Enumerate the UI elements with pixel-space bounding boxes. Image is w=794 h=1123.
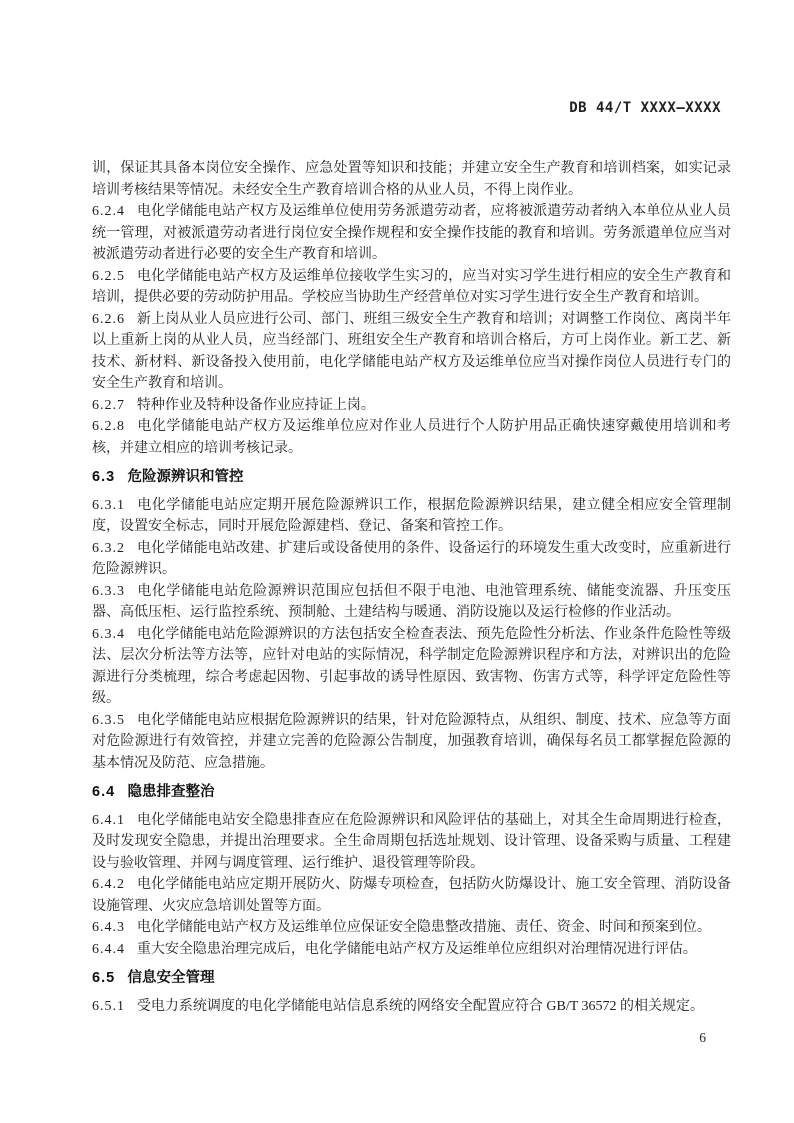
clause-text: 训，保证其具备本岗位安全操作、应急处置等知识和技能；并建立安全生产教育和培训档案… [92,161,731,198]
clause-number: 6.4.1 [92,810,125,832]
clause-text: 特种作业及特种设备作业应持证上岗。 [137,398,375,413]
clause-paragraph: 6.2.7特种作业及特种设备作业应持证上岗。 [92,395,731,417]
clause-number: 6.3.3 [92,581,125,603]
clause-number: 6.2.6 [92,309,125,331]
clause-number: 6.4.3 [92,917,125,939]
section-heading: 6.5信息安全管理 [92,968,731,990]
clause-text: 危险源辨识和管控 [127,469,243,485]
clause-paragraph: 6.3.5电化学储能电站应根据危险源辨识的结果，针对危险源特点，从组织、制度、技… [92,710,731,775]
clause-number: 6.2.4 [92,201,125,223]
clause-text: 电化学储能电站改建、扩建后或设备使用的条件、设备运行的环境发生重大改变时，应重新… [92,541,731,578]
page-number: 6 [699,1030,706,1046]
clause-number: 6.3 [92,467,115,489]
clause-text: 信息安全管理 [127,970,214,986]
clause-paragraph: 6.4.1电化学储能电站安全隐患排查应在危险源辨识和风险评估的基础上，对其全生命… [92,810,731,875]
clause-number: 6.3.4 [92,624,125,646]
document-page: DB 44/T XXXX—XXXX 训，保证其具备本岗位安全操作、应急处置等知识… [0,0,794,1123]
clause-paragraph: 6.2.5电化学储能电站产权方及运维单位接收学生实习的，应当对实习学生进行相应的… [92,266,731,309]
clause-paragraph: 6.3.4电化学储能电站危险源辨识的方法包括安全检查表法、预先危险性分析法、作业… [92,624,731,710]
section-heading: 6.4隐患排查整治 [92,782,731,804]
clause-paragraph: 6.4.4重大安全隐患治理完成后，电化学储能电站产权方及运维单位应组织对治理情况… [92,939,731,961]
clause-text: 电化学储能电站危险源辨识范围应包括但不限于电池、电池管理系统、储能变流器、升压变… [92,584,731,621]
clause-text: 电化学储能电站危险源辨识的方法包括安全检查表法、预先危险性分析法、作业条件危险性… [92,627,731,707]
clause-number: 6.5 [92,968,115,990]
clause-text: 电化学储能电站产权方及运维单位应对作业人员进行个人防护用品正确快速穿戴使用培训和… [92,419,731,456]
clause-number: 6.2.7 [92,395,125,417]
clause-number: 6.3.1 [92,495,125,517]
clause-paragraph: 6.3.3电化学储能电站危险源辨识范围应包括但不限于电池、电池管理系统、储能变流… [92,581,731,624]
clause-paragraph: 6.4.3电化学储能电站产权方及运维单位应保证安全隐患整改措施、责任、资金、时间… [92,917,731,939]
document-body: 训，保证其具备本岗位安全操作、应急处置等知识和技能；并建立安全生产教育和培训档案… [92,158,731,1017]
clause-text: 受电力系统调度的电化学储能电站信息系统的网络安全配置应符合 GB/T 36572… [137,999,704,1014]
clause-paragraph: 6.5.1受电力系统调度的电化学储能电站信息系统的网络安全配置应符合 GB/T … [92,996,731,1018]
clause-number: 6.3.2 [92,538,125,560]
clause-paragraph: 6.2.6新上岗从业人员应进行公司、部门、班组三级安全生产教育和培训；对调整工作… [92,309,731,395]
clause-paragraph: 6.3.2电化学储能电站改建、扩建后或设备使用的条件、设备运行的环境发生重大改变… [92,538,731,581]
clause-text: 电化学储能电站应定期开展防火、防爆专项检查，包括防火防爆设计、施工安全管理、消防… [92,877,731,914]
clause-text: 电化学储能电站应根据危险源辨识的结果，针对危险源特点，从组织、制度、技术、应急等… [92,713,731,771]
clause-text: 电化学储能电站产权方及运维单位应保证安全隐患整改措施、责任、资金、时间和预案到位… [137,920,711,935]
clause-text: 电化学储能电站产权方及运维单位接收学生实习的，应当对实习学生进行相应的安全生产教… [92,269,731,306]
clause-text: 重大安全隐患治理完成后，电化学储能电站产权方及运维单位应组织对治理情况进行评估。 [137,942,697,957]
clause-text: 电化学储能电站安全隐患排查应在危险源辨识和风险评估的基础上，对其全生命周期进行检… [92,813,731,871]
clause-text: 新上岗从业人员应进行公司、部门、班组三级安全生产教育和培训；对调整工作岗位、离岗… [92,312,731,392]
clause-number: 6.2.5 [92,266,125,288]
clause-number: 6.4.4 [92,939,125,961]
section-heading: 6.3危险源辨识和管控 [92,467,731,489]
clause-paragraph: 6.2.4电化学储能电站产权方及运维单位使用劳务派遣劳动者，应将被派遣劳动者纳入… [92,201,731,266]
clause-text: 电化学储能电站产权方及运维单位使用劳务派遣劳动者，应将被派遣劳动者纳入本单位从业… [92,204,731,262]
clause-paragraph: 训，保证其具备本岗位安全操作、应急处置等知识和技能；并建立安全生产教育和培训档案… [92,158,731,201]
clause-text: 隐患排查整治 [127,784,214,800]
clause-paragraph: 6.4.2电化学储能电站应定期开展防火、防爆专项检查，包括防火防爆设计、施工安全… [92,874,731,917]
clause-number: 6.5.1 [92,996,125,1018]
clause-paragraph: 6.3.1电化学储能电站应定期开展危险源辨识工作，根据危险源辨识结果，建立健全相… [92,495,731,538]
clause-number: 6.3.5 [92,710,125,732]
clause-number: 6.4.2 [92,874,125,896]
clause-text: 电化学储能电站应定期开展危险源辨识工作，根据危险源辨识结果，建立健全相应安全管理… [92,498,731,535]
standard-number-header: DB 44/T XXXX—XXXX [569,100,721,116]
clause-paragraph: 6.2.8电化学储能电站产权方及运维单位应对作业人员进行个人防护用品正确快速穿戴… [92,416,731,459]
clause-number: 6.4 [92,782,115,804]
clause-number: 6.2.8 [92,416,125,438]
